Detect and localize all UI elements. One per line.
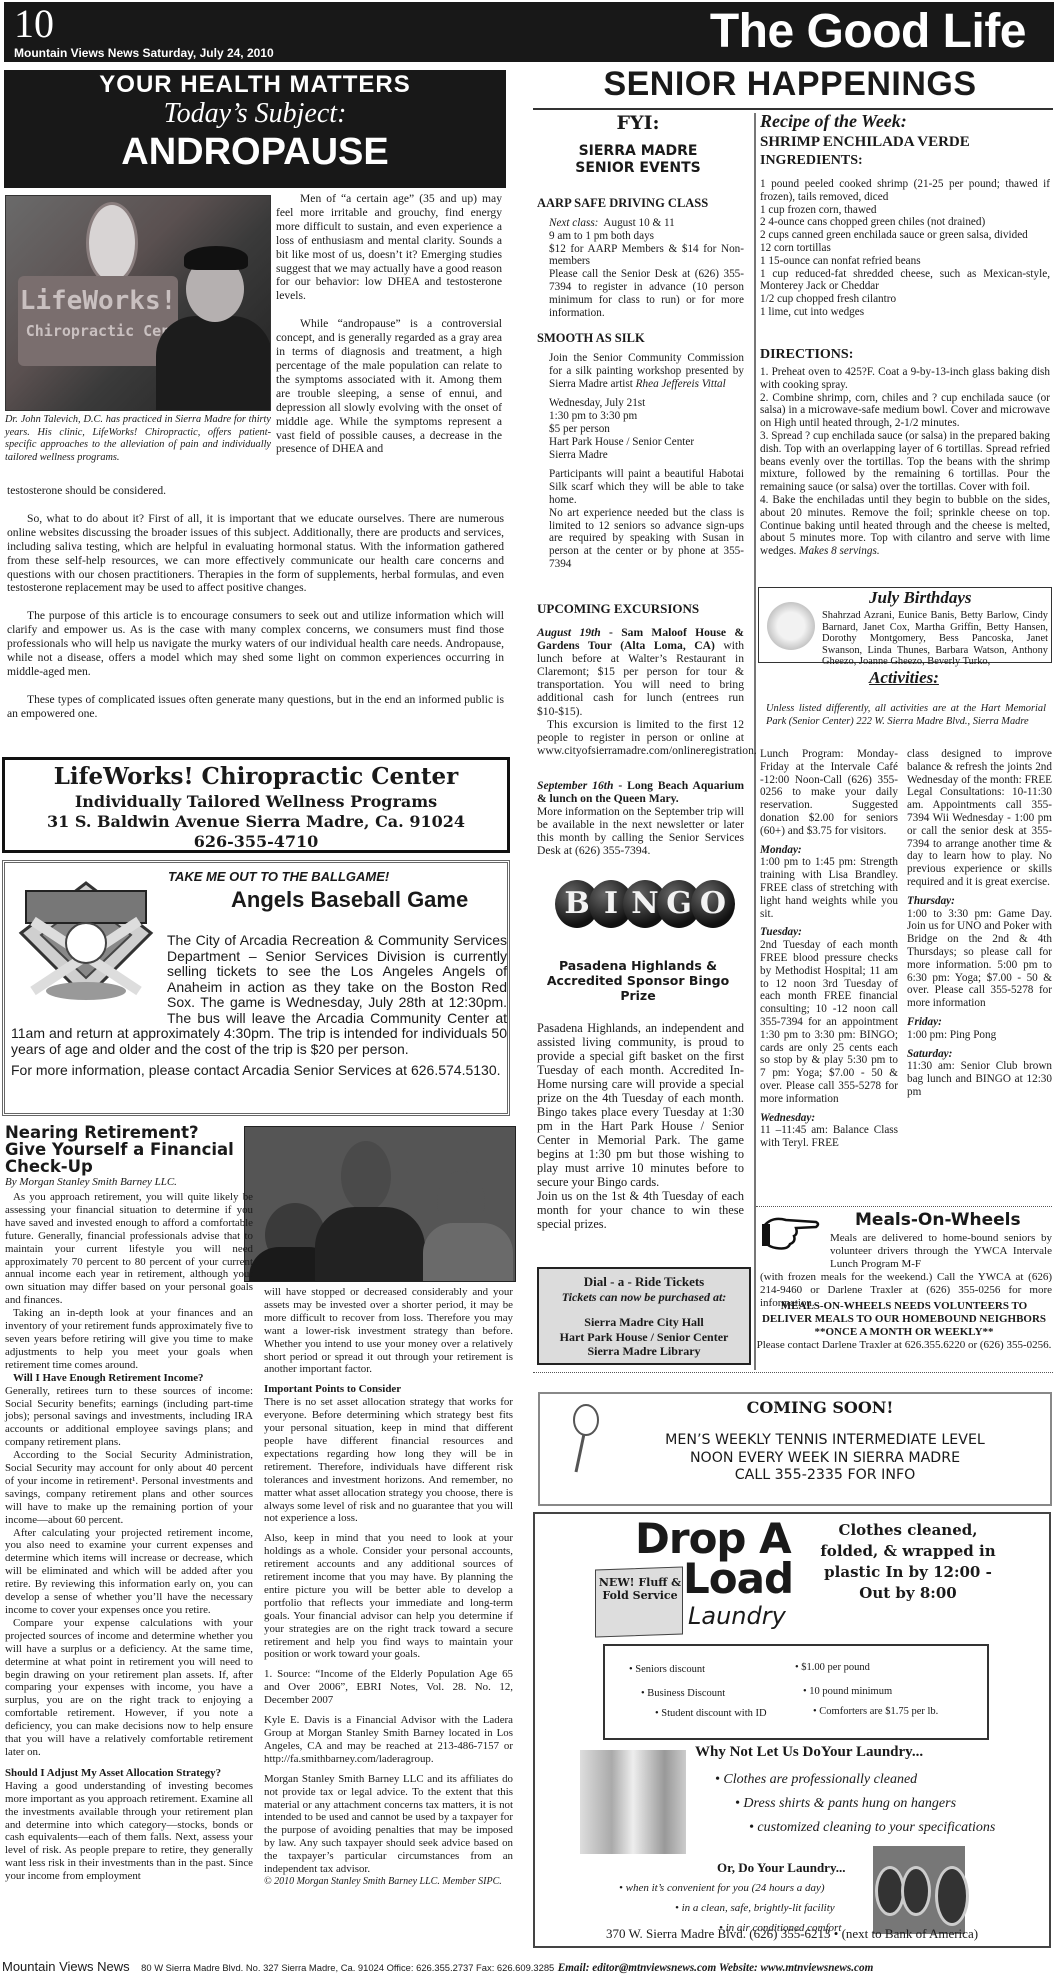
ad-business-name: LifeWorks! Chiropractic Center [5, 762, 507, 792]
class-time: 9 am to 1 pm both days [549, 230, 744, 243]
ingredients-list: 1 pound peeled cooked shrimp (21-25 per … [760, 178, 1050, 319]
trip-body: More information on the September trip w… [537, 805, 744, 857]
directions-heading: DIRECTIONS: [760, 347, 853, 363]
feature: • Seniors discount [629, 1664, 705, 1675]
divider [533, 108, 1053, 110]
sign-text-2: Chiropractic Cen [18, 322, 178, 340]
activities-title: Activities: [756, 668, 1052, 688]
logo-laundry: Laundry [688, 1602, 786, 1630]
location: Hart Park House / Senior Center [539, 1330, 749, 1345]
or-item: • when it’s convenient for you (24 hours… [619, 1882, 825, 1894]
feature: • 10 pound minimum [803, 1686, 892, 1697]
fyi-title: FYI: [533, 112, 743, 134]
silk-paragraph: Participants will paint a beautiful Habo… [549, 468, 744, 506]
article-paragraph: Having a good understanding of investing… [5, 1780, 253, 1883]
ad-tagline: Individually Tailored Wellness Programs [5, 792, 507, 812]
footer-publication: Mountain Views News [2, 1959, 130, 1974]
excursions-details: August 19th - Sam Maloof House & Gardens… [537, 626, 744, 858]
july-birthdays-box: July Birthdays Shahrzad Azrani, Eunice B… [758, 587, 1052, 663]
article-paragraph: Generally, retirees turn to these source… [5, 1385, 253, 1450]
thursday-activities: 1:00 to 3:30 pm: Game Day. Join us for U… [907, 908, 1052, 1010]
feature: • $1.00 per pound [795, 1662, 870, 1673]
article-paragraph: These types of complicated issues often … [7, 693, 504, 721]
day-label-wednesday: Wednesday: [760, 1112, 898, 1125]
article-paragraph: Men of “a certain age” (35 and up) may f… [276, 192, 502, 303]
logo-spacer [11, 933, 167, 1011]
article-subheading: Important Points to Consider [264, 1383, 513, 1396]
day-label-saturday: Saturday: [907, 1048, 1052, 1061]
wednesday-activities-cont: class designed to improve balance & refr… [907, 748, 1052, 889]
article-paragraph: There is no set asset allocation strateg… [264, 1396, 513, 1525]
source-footnote: 1. Source: “Income of the Elderly Popula… [264, 1668, 513, 1707]
dial-a-ride-locations: Sierra Madre City Hall Hart Park House /… [539, 1315, 749, 1359]
ingredient: 1 cup reduced-fat shredded cheese, such … [760, 268, 1050, 294]
trip-date: August 19th [537, 626, 601, 639]
location: Sierra Madre City Hall [539, 1315, 749, 1330]
person-body [156, 316, 271, 411]
direction-step: 3. Spread ? cup enchilada sauce (or sals… [760, 430, 1050, 494]
article-paragraph: While “andropause” is a controversial co… [276, 317, 502, 456]
meals-on-wheels-volunteers: MEALS-ON-WHEELS NEEDS VOLUNTEERS TO DELI… [756, 1300, 1052, 1352]
class-registration: Please call the Senior Desk at (626) 355… [549, 268, 744, 319]
masthead: 10 Mountain Views News Saturday, July 24… [4, 2, 1054, 62]
ad-contact: For more information, please contact Arc… [11, 1063, 507, 1079]
article-subheading: Will I Have Enough Retirement Income? [5, 1372, 253, 1385]
article-paragraph: According to the Social Security Adminis… [5, 1449, 253, 1526]
why-item: • customized cleaning to your specificat… [749, 1820, 995, 1836]
dial-a-ride-title: Dial - a - Ride Tickets [539, 1274, 749, 1290]
person-cap [184, 246, 248, 270]
tennis-details: MEN’S WEEKLY TENNIS INTERMEDIATE LEVEL N… [540, 1432, 1050, 1485]
class-date: August 10 & 11 [603, 217, 674, 229]
aarp-heading: AARP SAFE DRIVING CLASS [537, 196, 708, 211]
washer [901, 1866, 931, 1916]
bingo-balls-graphic: B I N G O [555, 876, 735, 934]
detail-line: Wednesday, July 21st [549, 397, 744, 410]
or-heading: Or, Do Your Laundry... [717, 1860, 845, 1876]
retirement-column-2: will have stopped or decreased considera… [264, 1286, 513, 1896]
dotted-divider [533, 1372, 1053, 1373]
silk-heading: SMOOTH AS SILK [537, 331, 645, 346]
servings: Makes 8 servings. [799, 545, 879, 557]
silk-details: Join the Senior Community Commission for… [549, 352, 744, 578]
direction-step: 1. Preheat oven to 425?F. Coat a 9-by-13… [760, 366, 1050, 392]
ad-phone: 626-355-4710 [5, 832, 507, 852]
fyi-subtitle-line: SENIOR EVENTS [533, 160, 743, 177]
disclaimer: Morgan Stanley Smith Barney LLC and its … [264, 1773, 513, 1876]
trip-date: September 16th [537, 779, 613, 792]
section-title: The Good Life [710, 6, 1026, 58]
senior-happenings-title: SENIOR HAPPENINGS [530, 64, 1050, 104]
ingredients-heading: INGREDIENTS: [760, 153, 863, 169]
health-banner-title: YOUR HEALTH MATTERS [4, 72, 506, 98]
dial-a-ride-box: Dial - a - Ride Tickets Tickets can now … [537, 1267, 751, 1365]
birthday-cake-icon [767, 602, 815, 650]
location: Sierra Madre Library [539, 1344, 749, 1359]
column-divider [754, 113, 756, 1370]
ingredient: 1/2 cup chopped fresh cilantro [760, 293, 1050, 306]
laundry-features-box: • Seniors discount • Business Discount •… [603, 1644, 989, 1740]
recipe-kicker: Recipe of the Week: [760, 111, 907, 132]
silk-schedule: Wednesday, July 21st 1:30 pm to 3:30 pm … [549, 397, 744, 461]
monday-activities: 1:00 pm to 1:45 pm: Strength training wi… [760, 856, 898, 920]
person-2-body [315, 1207, 425, 1282]
detail-line: $5 per person [549, 423, 744, 436]
fyi-subtitle-line: SIERRA MADRE [533, 143, 743, 160]
washer [935, 1866, 969, 1926]
saturday-activities: 11:30 am: Senior Club brown bag lunch an… [907, 1060, 1052, 1098]
article-paragraph: Also, keep in mind that you need to look… [264, 1532, 513, 1661]
footer-contact[interactable]: Email: editor@mtnviewsnews.com Website: … [558, 1962, 874, 1974]
laundry-logo: NEW! Fluff & Fold Service Drop A Load La… [580, 1518, 810, 1638]
birthdays-title: July Birthdays [869, 588, 972, 608]
talevich-photo: LifeWorks! Chiropractic Cen [5, 195, 271, 411]
article-paragraph: Compare your expense calculations with y… [5, 1617, 253, 1759]
sign-oval-emblem [86, 202, 138, 284]
meals-on-wheels-title: Meals-On-Wheels [855, 1210, 1021, 1230]
tennis-heading: COMING SOON! [540, 1398, 1050, 1417]
volunteer-contact: Please contact Darlene Traxler at 626.35… [756, 1339, 1052, 1352]
article-paragraph: After calculating your projected retirem… [5, 1527, 253, 1617]
silk-paragraph: No art experience needed but the class i… [549, 507, 744, 571]
why-item: • Dress shirts & pants hung on hangers [735, 1796, 956, 1812]
angels-baseball-ad: TAKE ME OUT TO THE BALLGAME! Angels Base… [2, 860, 510, 1116]
laundry-address: 370 W. Sierra Madre Blvd. (626) 355-6213… [535, 1926, 1049, 1942]
why-heading: Why Not Let Us DoYour Laundry... [695, 1744, 923, 1761]
woman-photo [580, 1750, 686, 1854]
andropause-column: Men of “a certain age” (35 and up) may f… [276, 192, 502, 456]
class-price: $12 for AARP Members & $14 for Non-membe… [549, 243, 744, 269]
ad-address: 31 S. Baldwin Avenue Sierra Madre, Ca. 9… [5, 812, 507, 832]
birthday-names: Shahrzad Azrani, Eunice Banis, Betty Bar… [822, 610, 1048, 668]
activities-column-1: Lunch Program: Monday-Friday at the Inte… [760, 748, 898, 1150]
ingredient: 2 cups canned green enchilada sauce or g… [760, 229, 1050, 242]
retirement-byline: By Morgan Stanley Smith Barney LLC. [5, 1176, 177, 1188]
photo-caption: Dr. John Talevich, D.C. has practiced in… [5, 414, 271, 464]
page-number: 10 [14, 4, 54, 44]
advisors-photo [244, 1126, 516, 1282]
detail-line: Sierra Madre [549, 449, 744, 462]
why-item: • Clothes are professionally cleaned [715, 1772, 917, 1788]
detail-line: Hart Park House / Senior Center [549, 436, 744, 449]
ingredient: 1 15-ounce can nonfat refried beans [760, 255, 1050, 268]
drop-a-load-laundry-ad: NEW! Fluff & Fold Service Drop A Load La… [533, 1512, 1051, 1948]
footer-address: 80 W Sierra Madre Blvd. No. 327 Sierra M… [141, 1962, 554, 1973]
tennis-line: CALL 355-2335 FOR INFO [600, 1467, 1050, 1485]
direction-step: 2. Combine shrimp, corn, chiles and ? cu… [760, 392, 1050, 430]
lunch-program: Lunch Program: Monday-Friday at the Inte… [760, 748, 898, 838]
volunteer-callout: MEALS-ON-WHEELS NEEDS VOLUNTEERS TO DELI… [756, 1300, 1052, 1339]
ingredient: 12 corn tortillas [760, 242, 1050, 255]
ad-body: The City of Arcadia Recreation & Communi… [11, 933, 507, 1057]
directions-list: 1. Preheat oven to 425?F. Coat a 9-by-13… [760, 366, 1050, 558]
tennis-line: NOON EVERY WEEK IN SIERRA MADRE [600, 1450, 1050, 1468]
ingredient: 1 pound peeled cooked shrimp (21-25 per … [760, 178, 1050, 204]
article-paragraph: The purpose of this article is to encour… [7, 609, 504, 679]
trip-note: This excursion is limited to the first 1… [537, 718, 744, 757]
ingredient: 1 lime, cut into wedges [760, 306, 1050, 319]
mow-intro: Meals are delivered to home-bound senior… [760, 1232, 1052, 1271]
person-3-body [423, 1223, 513, 1282]
bingo-ball: O [691, 880, 735, 928]
detail-line: 1:30 pm to 3:30 pm [549, 410, 744, 423]
lifeworks-sign: LifeWorks! Chiropractic Cen [18, 276, 178, 366]
tuesday-activities: 2nd Tuesday of each month FREE blood pre… [760, 939, 898, 1105]
health-banner-subtitle: Today’s Subject: [4, 98, 506, 130]
retirement-headline: Nearing Retirement? Give Yourself a Fina… [5, 1124, 245, 1175]
laundry-headline: Clothes cleaned, folded, & wrapped in pl… [813, 1520, 1003, 1604]
day-label-monday: Monday: [760, 844, 898, 857]
ingredient: 1 cup frozen corn, thawed [760, 204, 1050, 217]
lifeworks-ad: LifeWorks! Chiropractic Center Individua… [2, 757, 510, 853]
person-3-head [437, 1171, 485, 1231]
bingo-details: Pasadena Highlands, an independent and a… [537, 1021, 744, 1231]
or-item: • in a clean, safe, brightly-lit facilit… [675, 1902, 835, 1914]
feature: • Comforters are $1.75 per lb. [813, 1706, 938, 1717]
wednesday-activities: 11 –11:45 am: Balance Class with Teryl. … [760, 1124, 898, 1150]
activities-column-2: class designed to improve balance & refr… [907, 748, 1052, 1099]
copyright: © 2010 Morgan Stanley Smith Barney LLC. … [264, 1876, 513, 1889]
health-banner: YOUR HEALTH MATTERS Today’s Subject: AND… [4, 70, 506, 188]
artist-name: Rhea Jeffereis Vittal [636, 378, 726, 390]
meals-on-wheels-body: Meals are delivered to home-bound senior… [760, 1232, 1052, 1309]
feature: • Student discount with ID [655, 1708, 767, 1719]
logo-load: Load [683, 1558, 793, 1600]
feature: • Business Discount [641, 1688, 725, 1699]
washing-machines-photo [873, 1846, 965, 1934]
day-label-tuesday: Tuesday: [760, 926, 898, 939]
next-class-label: Next class: [549, 217, 598, 229]
health-banner-topic: ANDROPAUSE [4, 130, 506, 174]
activities-note: Unless listed differently, all activitie… [766, 703, 1046, 729]
article-paragraph: will have stopped or decreased considera… [264, 1286, 513, 1376]
page-footer: Mountain Views News 80 W Sierra Madre Bl… [2, 1956, 1054, 1978]
dial-a-ride-subtitle: Tickets can now be purchased at: [539, 1290, 749, 1305]
bingo-title: Pasadena Highlands & Accredited Sponsor … [533, 958, 743, 1003]
author-bio: Kyle E. Davis is a Financial Advisor wit… [264, 1714, 513, 1766]
logo-badge: NEW! Fluff & Fold Service [598, 1576, 682, 1602]
fyi-subtitle: SIERRA MADRE SENIOR EVENTS [533, 143, 743, 177]
recipe-title: SHRIMP ENCHILADA VERDE [760, 134, 970, 151]
day-label-friday: Friday: [907, 1016, 1052, 1029]
tennis-line: MEN’S WEEKLY TENNIS INTERMEDIATE LEVEL [600, 1432, 1050, 1450]
article-paragraph: testosterone should be considered. [7, 484, 504, 498]
day-label-thursday: Thursday: [907, 895, 1052, 908]
aarp-details: Next class: August 10 & 11 9 am to 1 pm … [549, 217, 744, 319]
excursions-heading: UPCOMING EXCURSIONS [537, 601, 699, 617]
article-paragraph: As you approach retirement, you will qui… [5, 1191, 253, 1307]
sign-text-1: LifeWorks! [18, 286, 178, 316]
retirement-column-1: As you approach retirement, you will qui… [5, 1191, 253, 1883]
bingo-paragraph: Join us on the 1st & 4th Tuesday of each… [537, 1189, 744, 1231]
paper-date: Mountain Views News Saturday, July 24, 2… [14, 46, 274, 60]
ad-title: Angels Baseball Game [231, 887, 468, 913]
article-subheading: Should I Adjust My Asset Allocation Stra… [5, 1767, 253, 1780]
friday-activities: 1:00 pm: Ping Pong [907, 1029, 1052, 1042]
ingredient: 2 4-ounce cans chopped green chiles (not… [760, 216, 1050, 229]
ad-kicker: TAKE ME OUT TO THE BALLGAME! [168, 869, 389, 884]
tennis-ad: COMING SOON! MEN’S WEEKLY TENNIS INTERME… [538, 1392, 1052, 1506]
article-paragraph: Taking an in-depth look at your finances… [5, 1307, 253, 1372]
article-paragraph: So, what to do about it? First of all, i… [7, 512, 504, 595]
dotted-divider [756, 1206, 1052, 1207]
bingo-paragraph: Pasadena Highlands, an independent and a… [537, 1021, 744, 1189]
person-2-head [341, 1141, 391, 1211]
andropause-full-width: testosterone should be considered. So, w… [7, 484, 504, 735]
